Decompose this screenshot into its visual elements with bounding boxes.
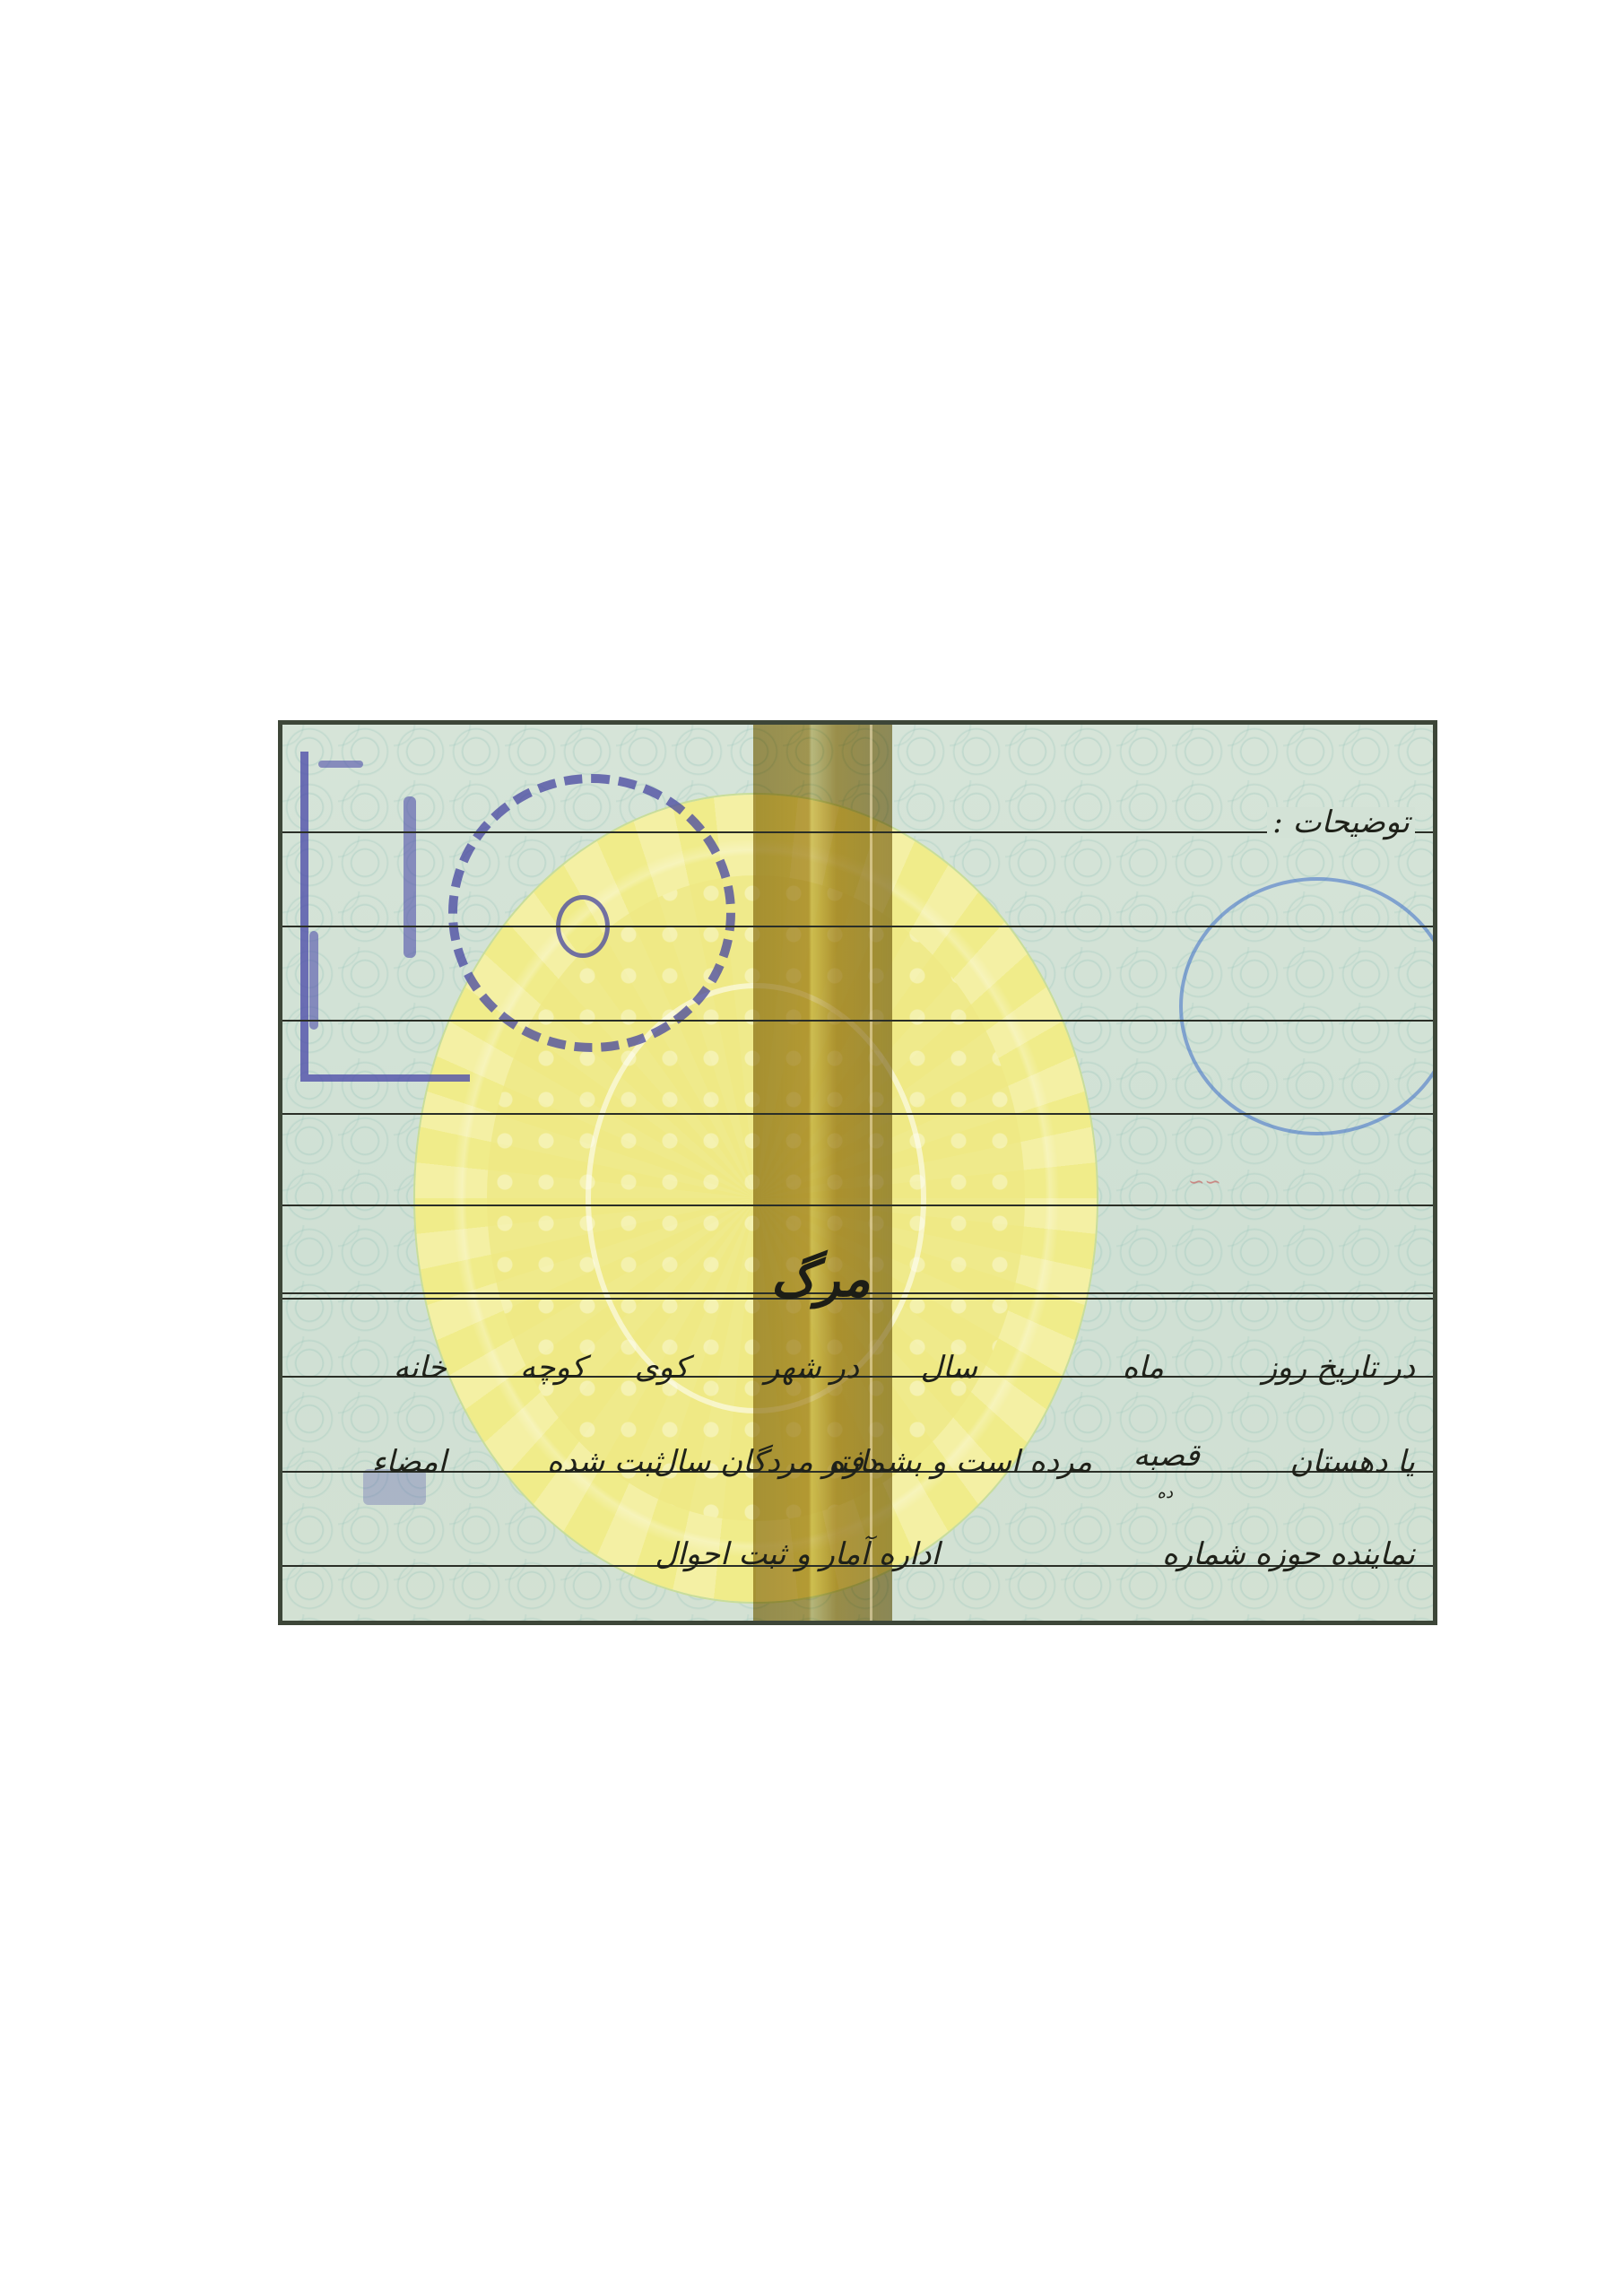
stamp-mark: [404, 796, 416, 958]
district-label: کوی: [635, 1352, 689, 1383]
stamp-mark: [318, 761, 363, 768]
township-label: قصبه: [1133, 1440, 1200, 1471]
blue-round-stamp: [1179, 877, 1437, 1135]
rectangular-stamp: [300, 752, 470, 1082]
street-label: کوچه: [520, 1352, 586, 1383]
line: [282, 1020, 1433, 1022]
line: [282, 1113, 1433, 1115]
fold-crease: [870, 725, 872, 1621]
village-label: یا دهستان: [1289, 1447, 1415, 1477]
date-day-label: در تاریخ روز: [1263, 1352, 1415, 1383]
line: [282, 1205, 1433, 1206]
district-representative-label: نماینده حوزه شماره: [1162, 1539, 1415, 1570]
year-label: سال: [920, 1352, 977, 1383]
registered-label: ثبت شده: [547, 1447, 662, 1477]
death-register-year-label: دفتر مردگان سال: [654, 1447, 877, 1477]
line: [282, 831, 1433, 833]
id-booklet-page: ∽∽ توضیحات : مرگ در تاریخ روز ماه سال در…: [278, 720, 1437, 1625]
hamlet-label: ده: [1158, 1485, 1173, 1501]
remarks-label: توضیحات :: [1267, 807, 1415, 838]
red-stamp-mark: ∽∽: [1188, 1171, 1221, 1194]
stamp-mark: [309, 931, 318, 1030]
line: [282, 926, 1433, 927]
house-label: خانه: [394, 1352, 447, 1383]
registry-office-label: اداره آمار و ثبت احوال: [655, 1539, 940, 1570]
signature-label: امضاء: [372, 1447, 447, 1477]
city-label: در شهر: [765, 1352, 859, 1383]
month-label: ماه: [1123, 1352, 1164, 1383]
section-title-death: مرگ: [749, 1249, 892, 1309]
